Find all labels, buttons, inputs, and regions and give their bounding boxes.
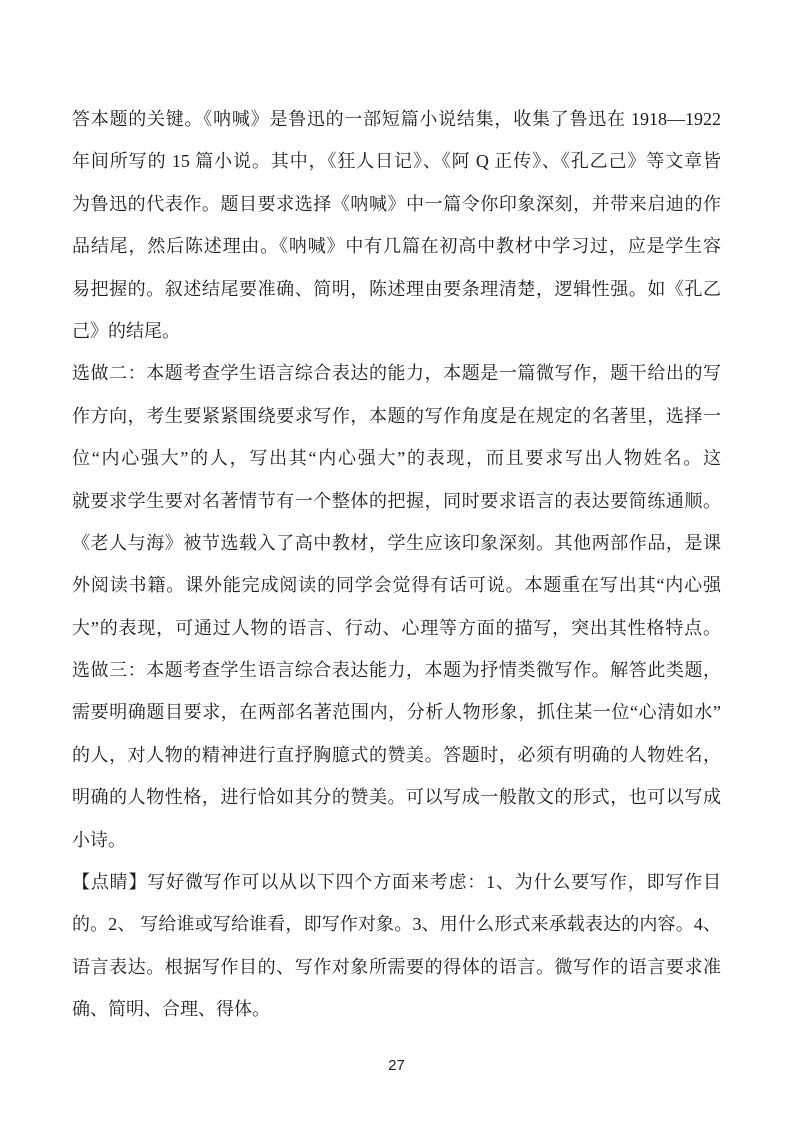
answer-text-block: 答本题的关键。《呐喊》是鲁迅的一部短篇小说结集，收集了鲁迅在 1918—1922… — [72, 98, 721, 1031]
document-page: 答本题的关键。《呐喊》是鲁迅的一部短篇小说结集，收集了鲁迅在 1918—1922… — [0, 0, 793, 1122]
text-line: 作方向，考生要紧紧围绕要求写作，本题的写作角度是在规定的名著里，选择一 — [72, 395, 721, 437]
text-line: 的。2、 写给谁或写给谁看，即写作对象。3、用什么形式来承载表达的内容。4、 — [72, 903, 721, 945]
text-line: 就要求学生要对名著情节有一个整体的把握，同时要求语言的表达要简练通顺。 — [72, 480, 721, 522]
text-line: 为鲁迅的代表作。题目要求选择《呐喊》中一篇令你印象深刻，并带来启迪的作 — [72, 183, 721, 225]
text-line: 答本题的关键。《呐喊》是鲁迅的一部短篇小说结集，收集了鲁迅在 1918—1922 — [72, 98, 721, 140]
text-line: 易把握的。叙述结尾要准确、简明，陈述理由要条理清楚，逻辑性强。如《孔乙 — [72, 268, 721, 310]
text-line: 语言表达。根据写作目的、写作对象所需要的得体的语言。微写作的语言要求准 — [72, 946, 721, 988]
text-line: 年间所写的 15 篇小说。其中，《狂人日记》、《阿 Q 正传》、《孔乙己》等文章… — [72, 140, 721, 182]
text-line: 己》的结尾。 — [72, 310, 721, 352]
text-line: 位“内心强大”的人，写出其“内心强大”的表现，而且要求写出人物姓名。这 — [72, 437, 721, 479]
text-line: 确、简明、合理、得体。 — [72, 988, 721, 1030]
text-line: 大”的表现，可通过人物的语言、行动、心理等方面的描写，突出其性格特点。 — [72, 607, 721, 649]
text-line: 选做三：本题考查学生语言综合表达能力，本题为抒情类微写作。解答此类题， — [72, 649, 721, 691]
text-line: 品结尾，然后陈述理由。《呐喊》中有几篇在初高中教材中学习过，应是学生容 — [72, 225, 721, 267]
page-number: 27 — [0, 1057, 793, 1074]
text-line: 外阅读书籍。课外能完成阅读的同学会觉得有话可说。本题重在写出其“内心强 — [72, 564, 721, 606]
text-line: 选做二：本题考查学生语言综合表达的能力，本题是一篇微写作，题干给出的写 — [72, 352, 721, 394]
text-line: 【点睛】写好微写作可以从以下四个方面来考虑：1、为什么要写作，即写作目 — [72, 861, 721, 903]
text-line: 的人，对人物的精神进行直抒胸臆式的赞美。答题时，必须有明确的人物姓名， — [72, 734, 721, 776]
text-line: 需要明确题目要求，在两部名著范围内，分析人物形象，抓住某一位“心清如水” — [72, 691, 721, 733]
text-line: 明确的人物性格，进行恰如其分的赞美。可以写成一般散文的形式，也可以写成 — [72, 776, 721, 818]
text-line: 小诗。 — [72, 819, 721, 861]
text-line: 《老人与海》被节选载入了高中教材，学生应该印象深刻。其他两部作品，是课 — [72, 522, 721, 564]
